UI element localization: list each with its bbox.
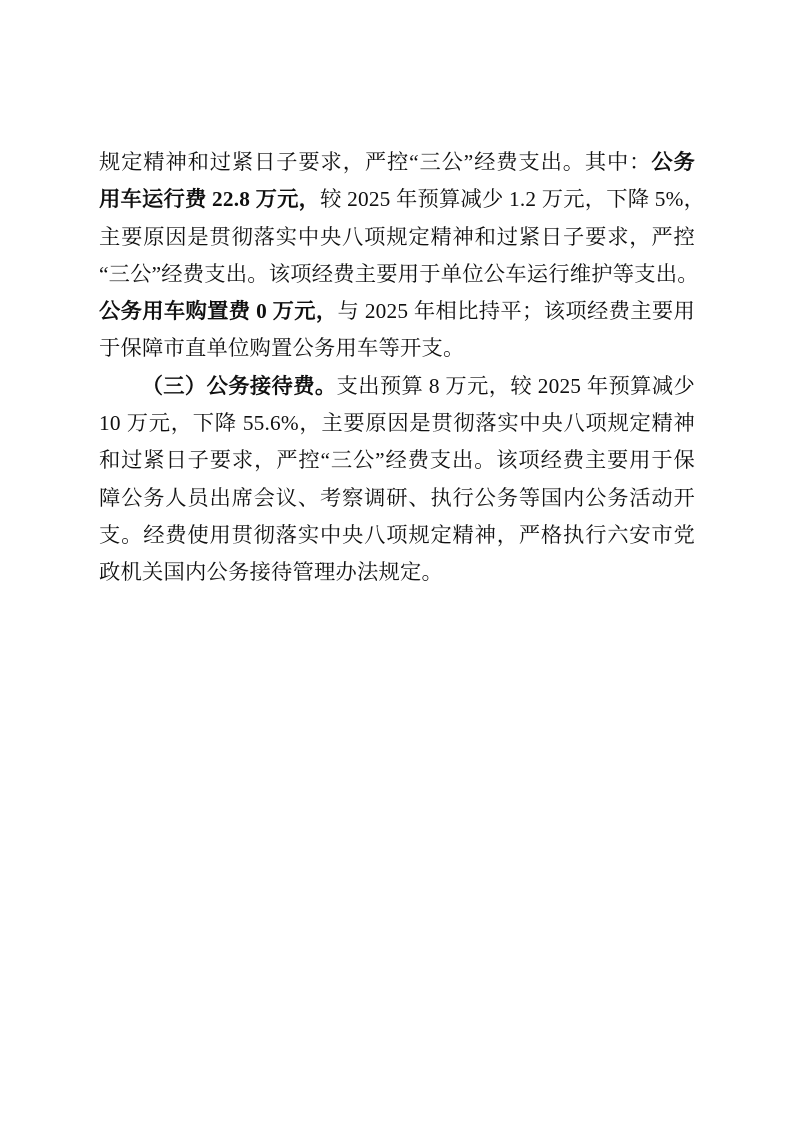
text-run: 规定精神和过紧日子要求，严控“三公”经费支出。其中： [99,150,651,174]
text-run: 障公务人员出席会议、考察调研、执行公务等国内公务活动开 [99,486,695,510]
text-line-8: 10 万元，下降 55.6%，主要原因是贯彻落实中央八项规定精神 [99,405,695,442]
text-run: 与 2025 年相比持平；该项经费主要用 [338,299,695,323]
text-run: 支。经费使用贯彻落实中央八项规定精神，严格执行六安市党 [99,523,695,547]
text-line-12: 政机关国内公务接待管理办法规定。 [99,554,695,591]
text-line-5: 公务用车购置费 0 万元，与 2025 年相比持平；该项经费主要用 [99,293,695,330]
text-line-7: （三）公务接待费。支出预算 8 万元，较 2025 年预算减少 [99,368,695,405]
text-line-4: “三公”经费支出。该项经费主要用于单位公车运行维护等支出。 [99,256,695,293]
text-run: 支出预算 8 万元，较 2025 年预算减少 [337,374,695,398]
text-line-2: 用车运行费 22.8 万元，较 2025 年预算减少 1.2 万元，下降 5%， [99,181,695,218]
text-run: 10 万元，下降 55.6%，主要原因是贯彻落实中央八项规定精神 [99,411,695,435]
text-run: 主要原因是贯彻落实中央八项规定精神和过紧日子要求，严控 [99,225,695,249]
text-run: 政机关国内公务接待管理办法规定。 [99,560,443,584]
document-body: 规定精神和过紧日子要求，严控“三公”经费支出。其中：公务 用车运行费 22.8 … [99,144,695,592]
text-line-3: 主要原因是贯彻落实中央八项规定精神和过紧日子要求，严控 [99,219,695,256]
bold-text-run: 公务 [651,150,695,174]
text-run: 较 2025 年预算减少 1.2 万元，下降 5%， [320,187,705,211]
text-run: “三公”经费支出。该项经费主要用于单位公车运行维护等支出。 [99,262,699,286]
text-run: 于保障市直单位购置公务用车等开支。 [99,336,464,360]
text-run: 和过紧日子要求，严控“三公”经费支出。该项经费主要用于保 [99,448,695,472]
text-line-1: 规定精神和过紧日子要求，严控“三公”经费支出。其中：公务 [99,144,695,181]
text-line-6: 于保障市直单位购置公务用车等开支。 [99,330,695,367]
bold-text-run: 公务用车购置费 0 万元， [99,299,338,323]
text-line-11: 支。经费使用贯彻落实中央八项规定精神，严格执行六安市党 [99,517,695,554]
bold-text-run: 用车运行费 22.8 万元， [99,187,320,211]
document-page: 规定精神和过紧日子要求，严控“三公”经费支出。其中：公务 用车运行费 22.8 … [0,0,793,1122]
bold-text-run: （三）公务接待费。 [142,374,337,398]
text-line-9: 和过紧日子要求，严控“三公”经费支出。该项经费主要用于保 [99,442,695,479]
text-line-10: 障公务人员出席会议、考察调研、执行公务等国内公务活动开 [99,480,695,517]
